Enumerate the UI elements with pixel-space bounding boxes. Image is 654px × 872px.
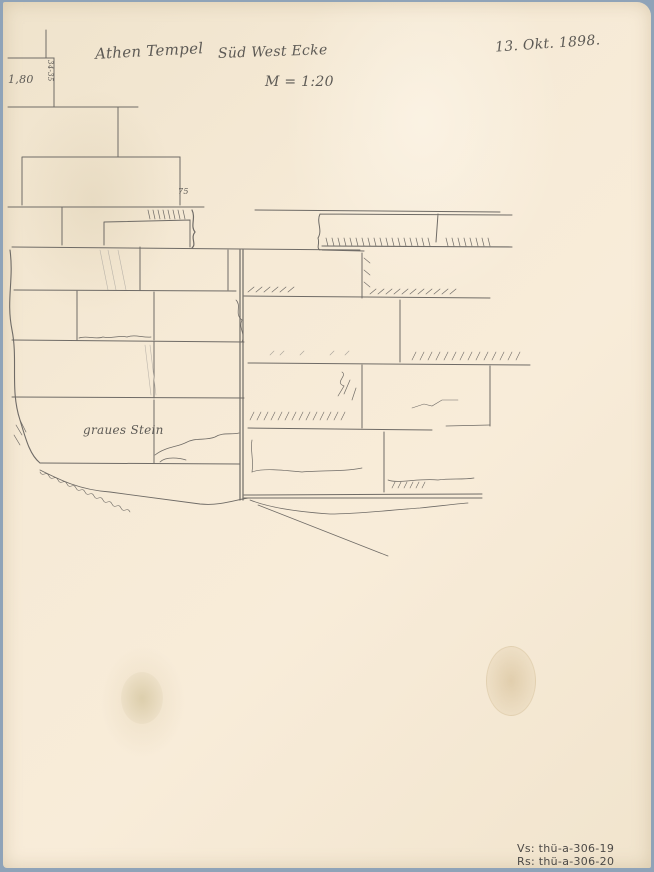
dimension-label-step: 75 bbox=[178, 187, 189, 196]
scale-label: M = 1:20 bbox=[265, 74, 334, 90]
inventory-front: Vs: thü-a-306-19 bbox=[517, 842, 614, 855]
dimension-label-height: 34-35 bbox=[46, 60, 54, 82]
dimension-label-width: 1,80 bbox=[8, 73, 34, 86]
inventory-back: Rs: thü-a-306-20 bbox=[517, 855, 614, 868]
inventory-numbers: Vs: thü-a-306-19 Rs: thü-a-306-20 bbox=[517, 842, 614, 868]
stone-annotation: graues Stein bbox=[83, 423, 164, 437]
